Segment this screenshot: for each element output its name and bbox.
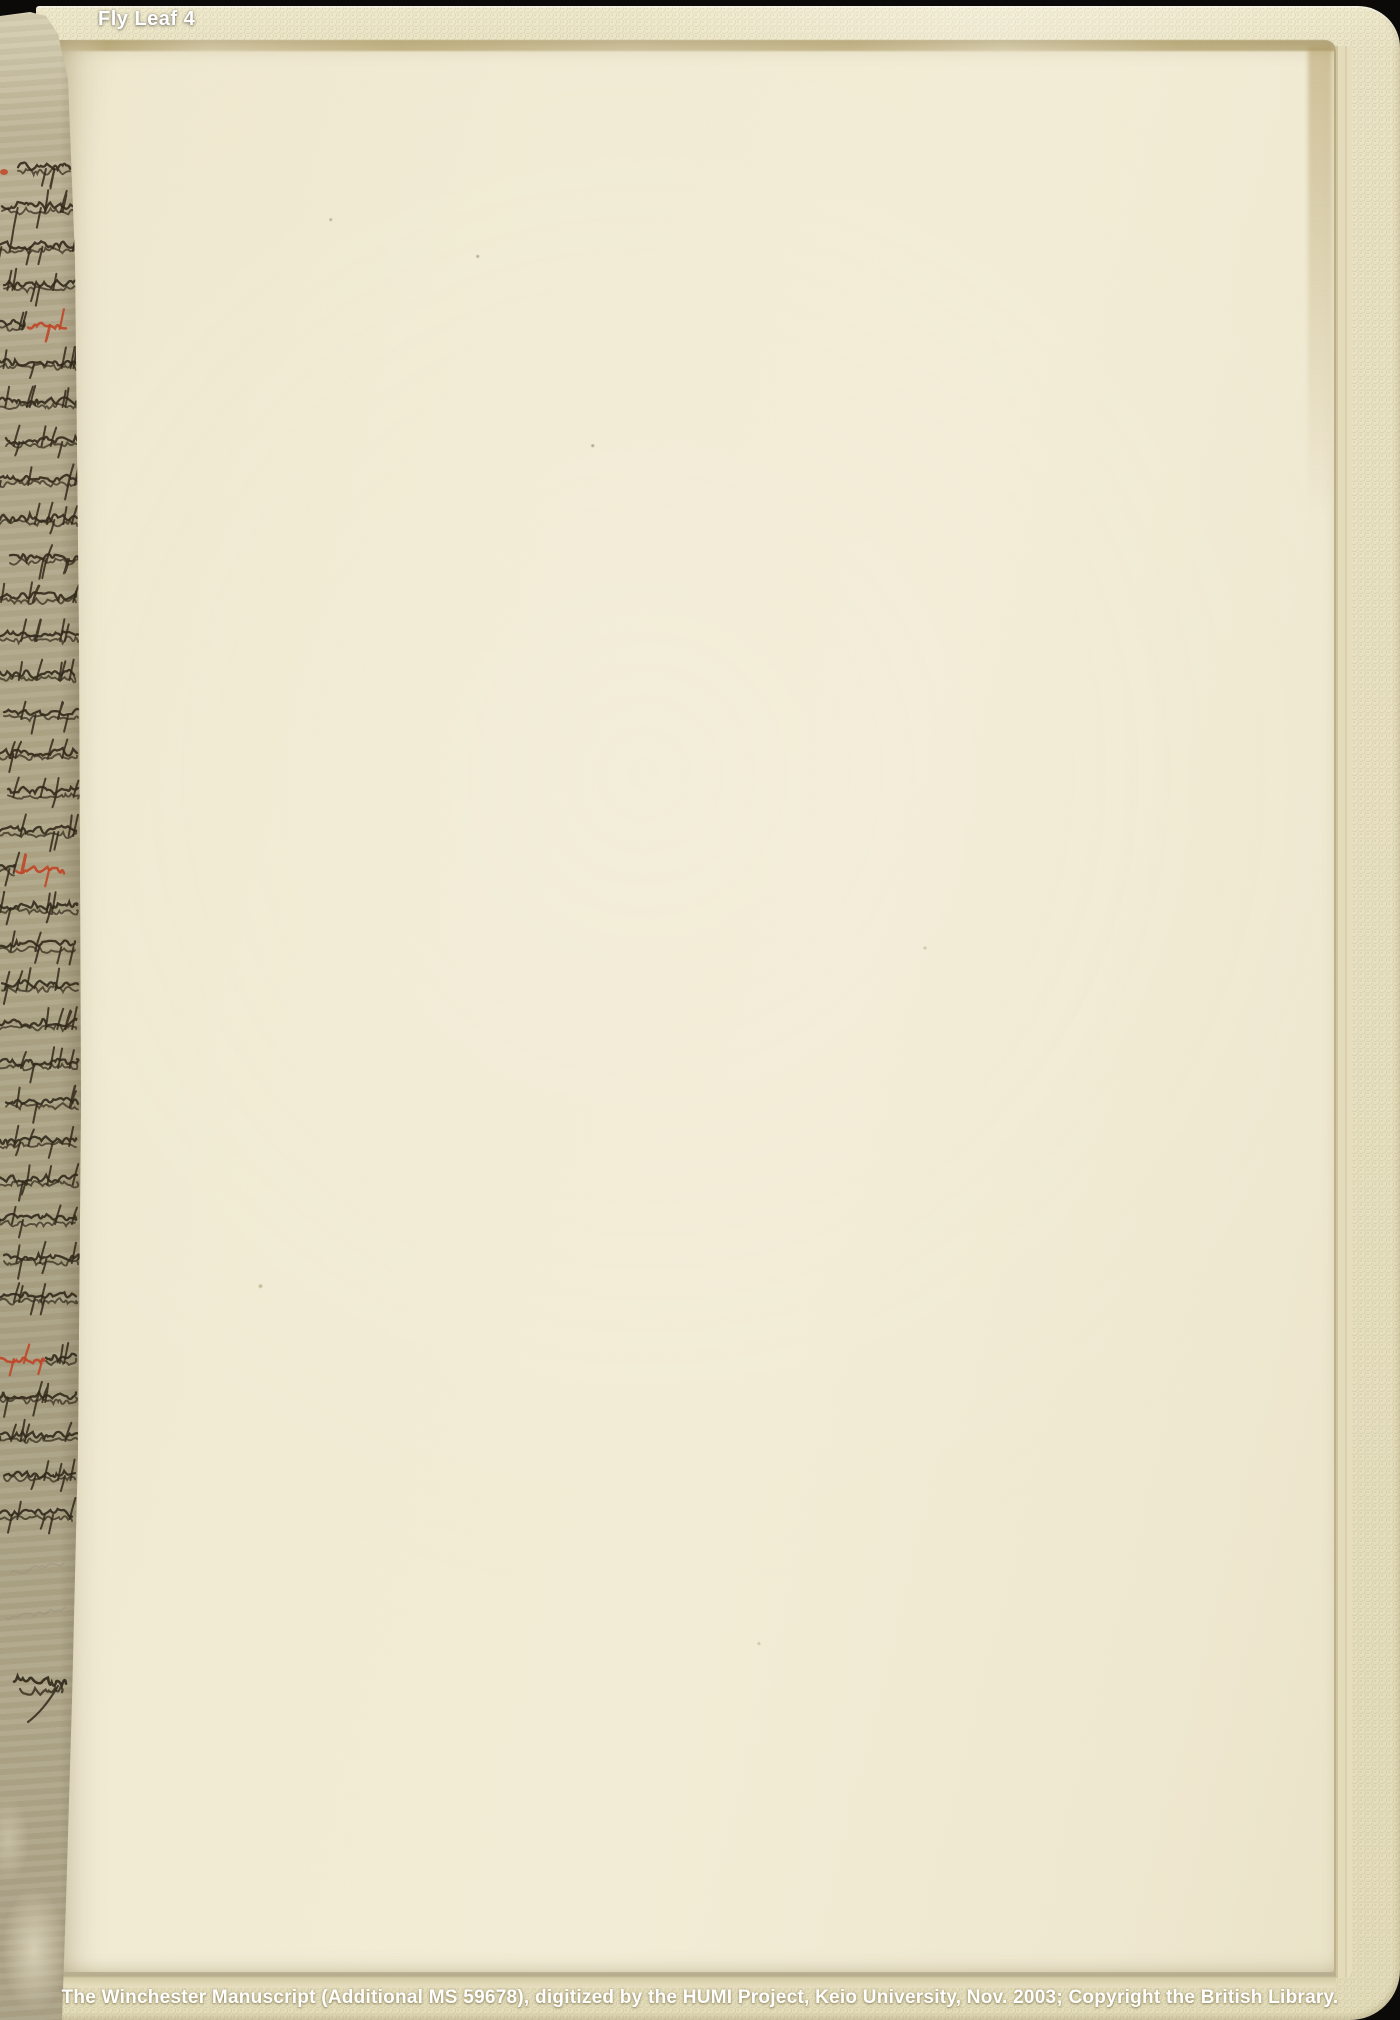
image-caption: The Winchester Manuscript (Additional MS… — [0, 1987, 1400, 2009]
page-top-stain — [56, 40, 1334, 51]
flyleaf-page — [56, 40, 1336, 1975]
flyleaf-label: Fly Leaf 4 — [98, 8, 195, 31]
digitized-manuscript-photo: Fly Leaf 4 The Winchester Manuscript (Ad… — [0, 0, 1400, 2020]
page-edge-stack-bottom — [58, 1973, 1336, 1988]
page-corner-sheen — [1308, 46, 1332, 516]
page-edge-stack-right — [1336, 46, 1352, 1978]
